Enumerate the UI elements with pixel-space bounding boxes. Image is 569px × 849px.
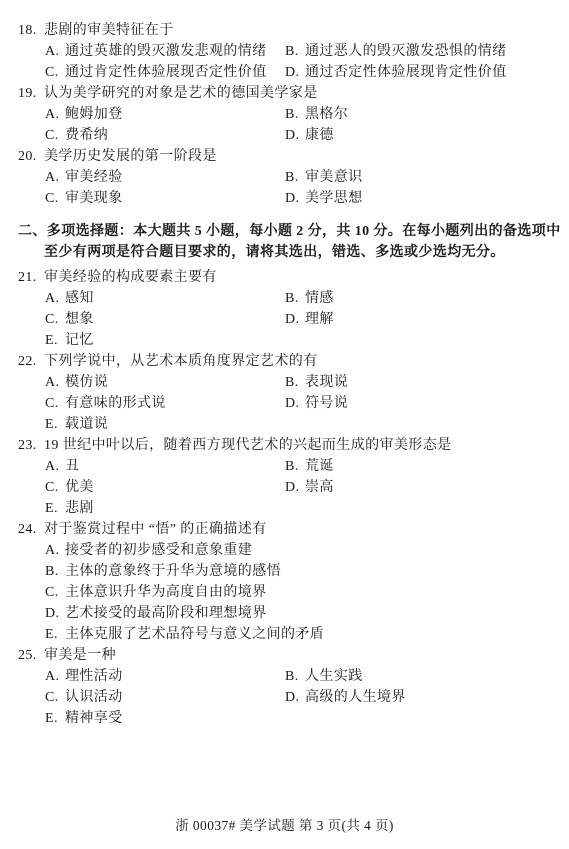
option-label: C. <box>45 125 65 146</box>
option-b: B.通过恶人的毁灭激发恐惧的情绪 <box>285 41 569 62</box>
option-text: 通过否定性体验展现肯定性价值 <box>305 65 507 80</box>
option-c: C.优美 <box>45 477 285 498</box>
question-number: 20. <box>18 146 37 167</box>
options-list: A.理性活动 B.人生实践 C.认识活动 D.高级的人生境界 E.精神享受 <box>45 666 569 729</box>
question-18: 18. 悲剧的审美特征在于 A.通过英雄的毁灭激发悲观的情绪 B.通过恶人的毁灭… <box>0 20 569 83</box>
section-header-line2: 至少有两项是符合题目要求的，请将其选出，错选、多选或少选均无分。 <box>0 242 569 263</box>
option-label: B. <box>285 167 305 188</box>
option-c: C.审美现象 <box>45 188 285 209</box>
option-c: C.费希纳 <box>45 125 285 146</box>
page-footer: 浙 00037# 美学试题 第 3 页(共 4 页) <box>0 815 569 836</box>
option-text: 荒诞 <box>305 459 334 474</box>
option-a: A.通过英雄的毁灭激发悲观的情绪 <box>45 41 285 62</box>
option-text: 精神享受 <box>65 711 123 726</box>
option-text: 感知 <box>65 291 94 306</box>
option-c: C.有意味的形式说 <box>45 393 285 414</box>
option-d: D.通过否定性体验展现肯定性价值 <box>285 62 569 83</box>
question-text: 下列学说中，从艺术本质角度界定艺术的有 <box>44 354 318 369</box>
question-text: 审美经验的构成要素主要有 <box>44 270 217 285</box>
options-list: A.感知 B.情感 C.想象 D.理解 E.记忆 <box>45 288 569 351</box>
option-label: D. <box>45 603 65 624</box>
option-label: D. <box>285 125 305 146</box>
section-header-line1: 二、多项选择题：本大题共 5 小题，每小题 2 分，共 10 分。在每小题列出的… <box>0 221 569 242</box>
option-label: D. <box>285 62 305 83</box>
option-e: E.精神享受 <box>45 708 285 729</box>
option-label: E. <box>45 624 65 645</box>
option-d: D.理解 <box>285 309 569 330</box>
option-label: A. <box>45 167 65 188</box>
option-text: 黑格尔 <box>305 107 348 122</box>
option-a: A.丑 <box>45 456 285 477</box>
option-label: A. <box>45 456 65 477</box>
question-number: 25. <box>18 645 37 666</box>
option-b: B.黑格尔 <box>285 104 569 125</box>
option-b: B.主体的意象终于升华为意境的感悟 <box>45 561 569 582</box>
option-text: 悲剧 <box>65 501 94 516</box>
option-label: A. <box>45 288 65 309</box>
option-b: B.情感 <box>285 288 569 309</box>
option-label: C. <box>45 188 65 209</box>
option-text: 情感 <box>305 291 334 306</box>
option-text: 艺术接受的最高阶段和理想境界 <box>65 606 267 621</box>
question-22: 22. 下列学说中，从艺术本质角度界定艺术的有 A.模仿说 B.表现说 C.有意… <box>0 351 569 435</box>
option-label: E. <box>45 498 65 519</box>
question-title: 22. 下列学说中，从艺术本质角度界定艺术的有 <box>0 351 569 372</box>
options-list: A.鲍姆加登 B.黑格尔 C.费希纳 D.康德 <box>45 104 569 146</box>
option-label: B. <box>285 456 305 477</box>
option-text: 鲍姆加登 <box>65 107 123 122</box>
question-text: 19 世纪中叶以后，随着西方现代艺术的兴起而生成的审美形态是 <box>44 438 452 453</box>
option-label: C. <box>45 393 65 414</box>
option-label: B. <box>285 288 305 309</box>
option-label: A. <box>45 666 65 687</box>
question-title: 20. 美学历史发展的第一阶段是 <box>0 146 569 167</box>
option-d: D.美学思想 <box>285 188 569 209</box>
option-text: 审美意识 <box>305 170 363 185</box>
option-text: 主体克服了艺术品符号与意义之间的矛盾 <box>65 627 324 642</box>
option-text: 记忆 <box>65 333 94 348</box>
option-text: 理性活动 <box>65 669 123 684</box>
option-text: 理解 <box>305 312 334 327</box>
option-label: C. <box>45 62 65 83</box>
question-text: 对于鉴赏过程中 “悟” 的正确描述有 <box>44 522 267 537</box>
option-text: 主体意识升华为高度自由的境界 <box>65 585 267 600</box>
question-title: 19. 认为美学研究的对象是艺术的德国美学家是 <box>0 83 569 104</box>
option-label: C. <box>45 477 65 498</box>
option-label: C. <box>45 687 65 708</box>
option-e: E.悲剧 <box>45 498 285 519</box>
option-label: E. <box>45 414 65 435</box>
question-text: 认为美学研究的对象是艺术的德国美学家是 <box>44 86 318 101</box>
option-text: 通过肯定性体验展现否定性价值 <box>65 65 267 80</box>
option-c: C.想象 <box>45 309 285 330</box>
option-d: D.崇高 <box>285 477 569 498</box>
question-number: 18. <box>18 20 37 41</box>
option-label: E. <box>45 708 65 729</box>
option-text: 想象 <box>65 312 94 327</box>
option-a: A.鲍姆加登 <box>45 104 285 125</box>
option-a: A.审美经验 <box>45 167 285 188</box>
question-text: 美学历史发展的第一阶段是 <box>44 149 217 164</box>
option-text: 模仿说 <box>65 375 108 390</box>
options-list: A.接受者的初步感受和意象重建 B.主体的意象终于升华为意境的感悟 C.主体意识… <box>45 540 569 645</box>
option-text: 审美现象 <box>65 191 123 206</box>
option-label: B. <box>285 41 305 62</box>
options-list: A.通过英雄的毁灭激发悲观的情绪 B.通过恶人的毁灭激发恐惧的情绪 C.通过肯定… <box>45 41 569 83</box>
option-b: B.荒诞 <box>285 456 569 477</box>
option-label: C. <box>45 582 65 603</box>
question-19: 19. 认为美学研究的对象是艺术的德国美学家是 A.鲍姆加登 B.黑格尔 C.费… <box>0 83 569 146</box>
option-label: A. <box>45 540 65 561</box>
option-b: B.审美意识 <box>285 167 569 188</box>
option-label: B. <box>285 666 305 687</box>
option-text: 高级的人生境界 <box>305 690 406 705</box>
question-title: 18. 悲剧的审美特征在于 <box>0 20 569 41</box>
option-label: D. <box>285 188 305 209</box>
option-d: D.高级的人生境界 <box>285 687 569 708</box>
option-text: 丑 <box>65 459 79 474</box>
option-text: 人生实践 <box>305 669 363 684</box>
option-b: B.表现说 <box>285 372 569 393</box>
question-number: 23. <box>18 435 37 456</box>
option-label: A. <box>45 104 65 125</box>
options-list: A.丑 B.荒诞 C.优美 D.崇高 E.悲剧 <box>45 456 569 519</box>
option-label: D. <box>285 687 305 708</box>
option-d: D.康德 <box>285 125 569 146</box>
option-c: C.主体意识升华为高度自由的境界 <box>45 582 569 603</box>
options-list: A.审美经验 B.审美意识 C.审美现象 D.美学思想 <box>45 167 569 209</box>
option-text: 康德 <box>305 128 334 143</box>
option-e: E.载道说 <box>45 414 285 435</box>
option-label: C. <box>45 309 65 330</box>
question-24: 24. 对于鉴赏过程中 “悟” 的正确描述有 A.接受者的初步感受和意象重建 B… <box>0 519 569 645</box>
option-b: B.人生实践 <box>285 666 569 687</box>
question-title: 24. 对于鉴赏过程中 “悟” 的正确描述有 <box>0 519 569 540</box>
option-a: A.感知 <box>45 288 285 309</box>
option-a: A.接受者的初步感受和意象重建 <box>45 540 569 561</box>
option-label: E. <box>45 330 65 351</box>
option-c: C.认识活动 <box>45 687 285 708</box>
option-text: 认识活动 <box>65 690 123 705</box>
question-number: 24. <box>18 519 37 540</box>
option-text: 通过英雄的毁灭激发悲观的情绪 <box>65 44 267 59</box>
option-text: 接受者的初步感受和意象重建 <box>65 543 252 558</box>
option-e: E.记忆 <box>45 330 285 351</box>
option-label: B. <box>285 104 305 125</box>
option-e: E.主体克服了艺术品符号与意义之间的矛盾 <box>45 624 569 645</box>
question-21: 21. 审美经验的构成要素主要有 A.感知 B.情感 C.想象 D.理解 E.记… <box>0 267 569 351</box>
question-title: 25. 审美是一种 <box>0 645 569 666</box>
question-number: 22. <box>18 351 37 372</box>
option-text: 审美经验 <box>65 170 123 185</box>
option-text: 费希纳 <box>65 128 108 143</box>
option-label: A. <box>45 372 65 393</box>
option-text: 美学思想 <box>305 191 363 206</box>
option-text: 载道说 <box>65 417 108 432</box>
option-label: D. <box>285 309 305 330</box>
option-a: A.模仿说 <box>45 372 285 393</box>
options-list: A.模仿说 B.表现说 C.有意味的形式说 D.符号说 E.载道说 <box>45 372 569 435</box>
option-label: B. <box>45 561 65 582</box>
option-text: 优美 <box>65 480 94 495</box>
option-text: 通过恶人的毁灭激发恐惧的情绪 <box>305 44 507 59</box>
option-c: C.通过肯定性体验展现否定性价值 <box>45 62 285 83</box>
question-number: 19. <box>18 83 37 104</box>
option-d: D.艺术接受的最高阶段和理想境界 <box>45 603 569 624</box>
question-25: 25. 审美是一种 A.理性活动 B.人生实践 C.认识活动 D.高级的人生境界… <box>0 645 569 729</box>
question-text: 审美是一种 <box>44 648 116 663</box>
option-label: D. <box>285 477 305 498</box>
option-text: 符号说 <box>305 396 348 411</box>
question-23: 23. 19 世纪中叶以后，随着西方现代艺术的兴起而生成的审美形态是 A.丑 B… <box>0 435 569 519</box>
option-label: B. <box>285 372 305 393</box>
option-label: A. <box>45 41 65 62</box>
option-d: D.符号说 <box>285 393 569 414</box>
option-text: 表现说 <box>305 375 348 390</box>
option-text: 主体的意象终于升华为意境的感悟 <box>65 564 281 579</box>
question-20: 20. 美学历史发展的第一阶段是 A.审美经验 B.审美意识 C.审美现象 D.… <box>0 146 569 209</box>
exam-page: 18. 悲剧的审美特征在于 A.通过英雄的毁灭激发悲观的情绪 B.通过恶人的毁灭… <box>0 0 569 849</box>
option-text: 有意味的形式说 <box>65 396 166 411</box>
question-title: 21. 审美经验的构成要素主要有 <box>0 267 569 288</box>
section-2-header: 二、多项选择题：本大题共 5 小题，每小题 2 分，共 10 分。在每小题列出的… <box>0 221 569 263</box>
option-label: D. <box>285 393 305 414</box>
question-title: 23. 19 世纪中叶以后，随着西方现代艺术的兴起而生成的审美形态是 <box>0 435 569 456</box>
question-text: 悲剧的审美特征在于 <box>44 23 174 38</box>
option-a: A.理性活动 <box>45 666 285 687</box>
option-text: 崇高 <box>305 480 334 495</box>
question-number: 21. <box>18 267 37 288</box>
